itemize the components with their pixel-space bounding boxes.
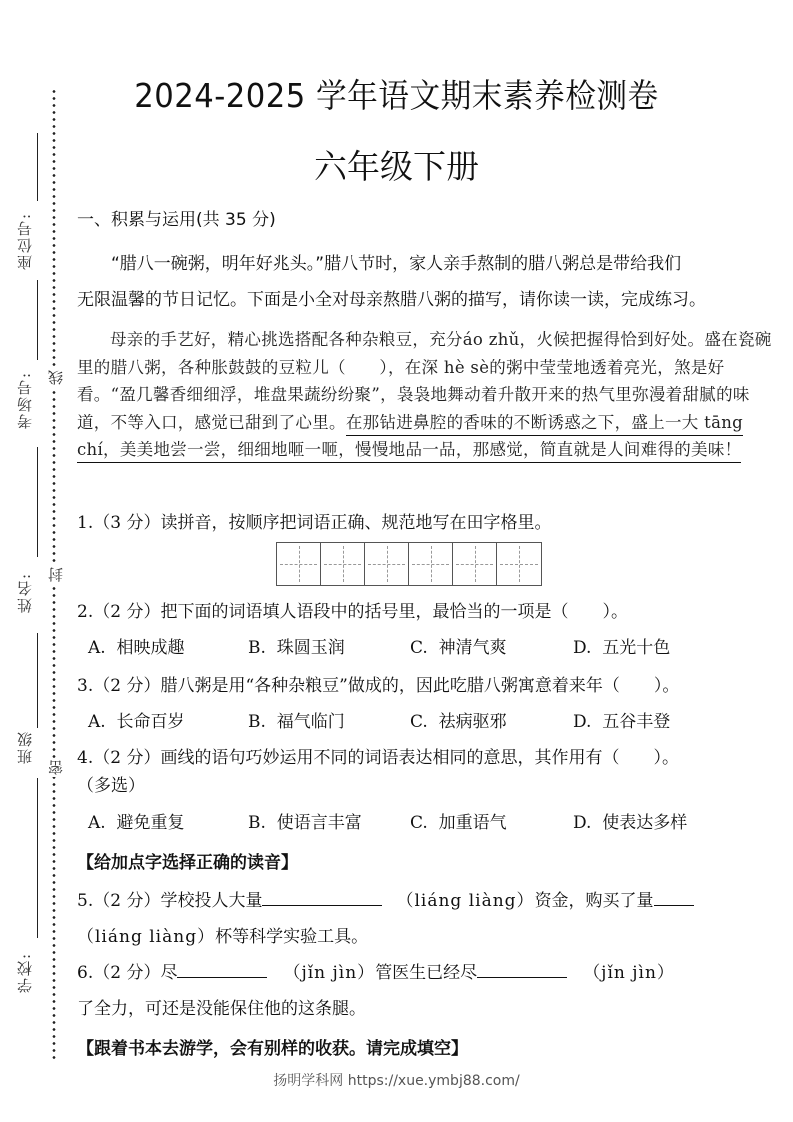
option-text: 珠圆玉润 bbox=[277, 638, 345, 658]
q4-number: 4. bbox=[77, 748, 93, 768]
q6-score: （2 分） bbox=[93, 963, 160, 983]
question-1: 1.（3 分）读拼音，按顺序把词语正确、规范地写在田字格里。 bbox=[77, 508, 551, 533]
option-key: C. bbox=[410, 638, 428, 658]
option-text: 相映成趣 bbox=[117, 638, 185, 658]
question-4: 4.（2 分）画线的语句巧妙运用不同的词语表达相同的意思，其作用有（ ）。 bbox=[77, 743, 679, 768]
grid-cell[interactable] bbox=[277, 543, 321, 585]
q5-pinyin-1: （liáng liàng） bbox=[396, 891, 534, 911]
q5-part1: 学校投人大量 bbox=[160, 891, 262, 911]
tianzi-grid[interactable] bbox=[276, 542, 542, 586]
margin-line bbox=[37, 778, 38, 938]
grid-cell[interactable] bbox=[365, 543, 409, 585]
q3-number: 3. bbox=[77, 676, 93, 696]
reading-passage: 母亲的手艺好，精心挑选搭配各种杂粮豆，充分áo zhǔ，火候把握得恰到好处。盛在… bbox=[77, 326, 777, 464]
class-label: 班级 bbox=[14, 722, 40, 772]
q2-option-b[interactable]: B. 珠圆玉润 bbox=[248, 633, 345, 658]
exam-subtitle: 六年级下册 bbox=[0, 141, 793, 188]
q4-option-d[interactable]: D. 使表达多样 bbox=[573, 808, 687, 833]
option-key: B. bbox=[248, 712, 266, 732]
q5-blank-2[interactable] bbox=[654, 888, 694, 906]
q6-pinyin-1: （jǐn jìn） bbox=[283, 963, 375, 983]
grid-cell[interactable] bbox=[409, 543, 453, 585]
q5-number: 5. bbox=[77, 891, 93, 911]
option-text: 长命百岁 bbox=[117, 712, 185, 732]
q4-option-c[interactable]: C. 加重语气 bbox=[410, 808, 507, 833]
option-text: 福气临门 bbox=[277, 712, 345, 732]
margin-line bbox=[37, 280, 38, 360]
question-5: 5.（2 分）学校投人大量（liáng liàng）资金，购买了量 bbox=[77, 886, 694, 911]
q3-score: （2 分） bbox=[93, 676, 160, 696]
pronunciation-subheading: 【给加点字选择正确的读音】 bbox=[77, 848, 298, 873]
seat-number-label: 座位号: bbox=[14, 206, 40, 276]
question-6-line2: 了全力，可还是没能保住他的这条腿。 bbox=[77, 994, 366, 1019]
q2-option-a[interactable]: A. 相映成趣 bbox=[88, 633, 185, 658]
cut-mark-secret: 密 bbox=[45, 758, 65, 777]
margin-line bbox=[37, 447, 38, 557]
grid-cell[interactable] bbox=[497, 543, 541, 585]
option-key: D. bbox=[573, 813, 591, 833]
option-text: 避免重复 bbox=[117, 813, 185, 833]
option-key: A. bbox=[88, 712, 106, 732]
intro-line-1: “腊八一碗粥，明年好兆头。”腊八节时，家人亲手熬制的腊八粥总是带给我们 bbox=[77, 246, 777, 282]
name-label: 姓名: bbox=[14, 565, 40, 620]
option-key: B. bbox=[248, 638, 266, 658]
question-2: 2.（2 分）把下面的词语填人语段中的括号里，最恰当的一项是（ ）。 bbox=[77, 597, 628, 622]
q4-score: （2 分） bbox=[93, 748, 160, 768]
cut-mark-seal: 封 bbox=[45, 565, 65, 584]
q5-blank-1[interactable] bbox=[262, 888, 382, 906]
q1-number: 1. bbox=[77, 513, 93, 533]
footer-watermark: 扬明学科网 https://xue.ymbj88.com/ bbox=[0, 1070, 793, 1090]
option-key: A. bbox=[88, 813, 106, 833]
option-text: 使表达多样 bbox=[602, 813, 687, 833]
margin-line bbox=[37, 633, 38, 728]
q4-note: （多选） bbox=[77, 771, 145, 796]
option-key: C. bbox=[410, 712, 428, 732]
option-key: C. bbox=[410, 813, 428, 833]
q6-part2: 管医生已经尽 bbox=[375, 963, 477, 983]
q5-part3: 杯等科学实验工具。 bbox=[215, 927, 368, 947]
option-text: 五光十色 bbox=[602, 638, 670, 658]
intro-line-2: 无限温馨的节日记忆。下面是小全对母亲熬腊八粥的描写，请你读一读，完成练习。 bbox=[77, 282, 777, 318]
q5-score: （2 分） bbox=[93, 891, 160, 911]
q3-option-b[interactable]: B. 福气临门 bbox=[248, 707, 345, 732]
question-3: 3.（2 分）腊八粥是用“各种杂粮豆”做成的，因此吃腊八粥寓意着来年（ ）。 bbox=[77, 671, 679, 696]
option-key: A. bbox=[88, 638, 106, 658]
q5-pinyin-2: （liáng liàng） bbox=[77, 927, 215, 947]
grid-cell[interactable] bbox=[453, 543, 497, 585]
question-6: 6.（2 分）尽（jǐn jìn）管医生已经尽（jǐn jìn） bbox=[77, 958, 675, 983]
option-text: 祛病驱邪 bbox=[439, 712, 507, 732]
exam-room-label: 考场号: bbox=[14, 365, 40, 435]
q3-text: 腊八粥是用“各种杂粮豆”做成的，因此吃腊八粥寓意着来年（ ）。 bbox=[160, 676, 679, 696]
q2-score: （2 分） bbox=[93, 602, 160, 622]
option-key: B. bbox=[248, 813, 266, 833]
option-text: 使语言丰富 bbox=[277, 813, 362, 833]
option-key: D. bbox=[573, 638, 591, 658]
option-text: 神清气爽 bbox=[439, 638, 507, 658]
travel-subheading: 【跟着书本去游学，会有别样的收获。请完成填空】 bbox=[77, 1034, 468, 1059]
q1-text: 读拼音，按顺序把词语正确、规范地写在田字格里。 bbox=[160, 513, 551, 533]
q4-option-b[interactable]: B. 使语言丰富 bbox=[248, 808, 362, 833]
option-key: D. bbox=[573, 712, 591, 732]
intro-paragraph: “腊八一碗粥，明年好兆头。”腊八节时，家人亲手熬制的腊八粥总是带给我们 无限温馨… bbox=[77, 246, 777, 318]
q2-text: 把下面的词语填人语段中的括号里，最恰当的一项是（ ）。 bbox=[160, 602, 628, 622]
exam-title: 2024-2025 学年语文期末素养检测卷 bbox=[28, 70, 765, 117]
q6-pinyin-2: （jǐn jìn） bbox=[583, 963, 675, 983]
q6-blank-2[interactable] bbox=[477, 960, 567, 978]
q1-score: （3 分） bbox=[93, 513, 160, 533]
q2-number: 2. bbox=[77, 602, 93, 622]
option-text: 加重语气 bbox=[439, 813, 507, 833]
q3-option-a[interactable]: A. 长命百岁 bbox=[88, 707, 185, 732]
q2-option-c[interactable]: C. 神清气爽 bbox=[410, 633, 507, 658]
q4-option-a[interactable]: A. 避免重复 bbox=[88, 808, 185, 833]
section-heading: 一、积累与运用(共 35 分) bbox=[77, 205, 276, 230]
q6-blank-1[interactable] bbox=[177, 960, 267, 978]
grid-cell[interactable] bbox=[321, 543, 365, 585]
cut-mark-line: 线 bbox=[45, 368, 65, 387]
q3-option-d[interactable]: D. 五谷丰登 bbox=[573, 707, 670, 732]
q4-text: 画线的语句巧妙运用不同的词语表达相同的意思，其作用有（ ）。 bbox=[160, 748, 679, 768]
q3-option-c[interactable]: C. 祛病驱邪 bbox=[410, 707, 507, 732]
q6-number: 6. bbox=[77, 963, 93, 983]
school-label: 学校: bbox=[14, 945, 40, 1000]
q2-option-d[interactable]: D. 五光十色 bbox=[573, 633, 670, 658]
q5-part2: 资金，购买了量 bbox=[535, 891, 654, 911]
option-text: 五谷丰登 bbox=[602, 712, 670, 732]
question-5-line2: （liáng liàng）杯等科学实验工具。 bbox=[77, 922, 368, 947]
q6-part1: 尽 bbox=[160, 963, 177, 983]
